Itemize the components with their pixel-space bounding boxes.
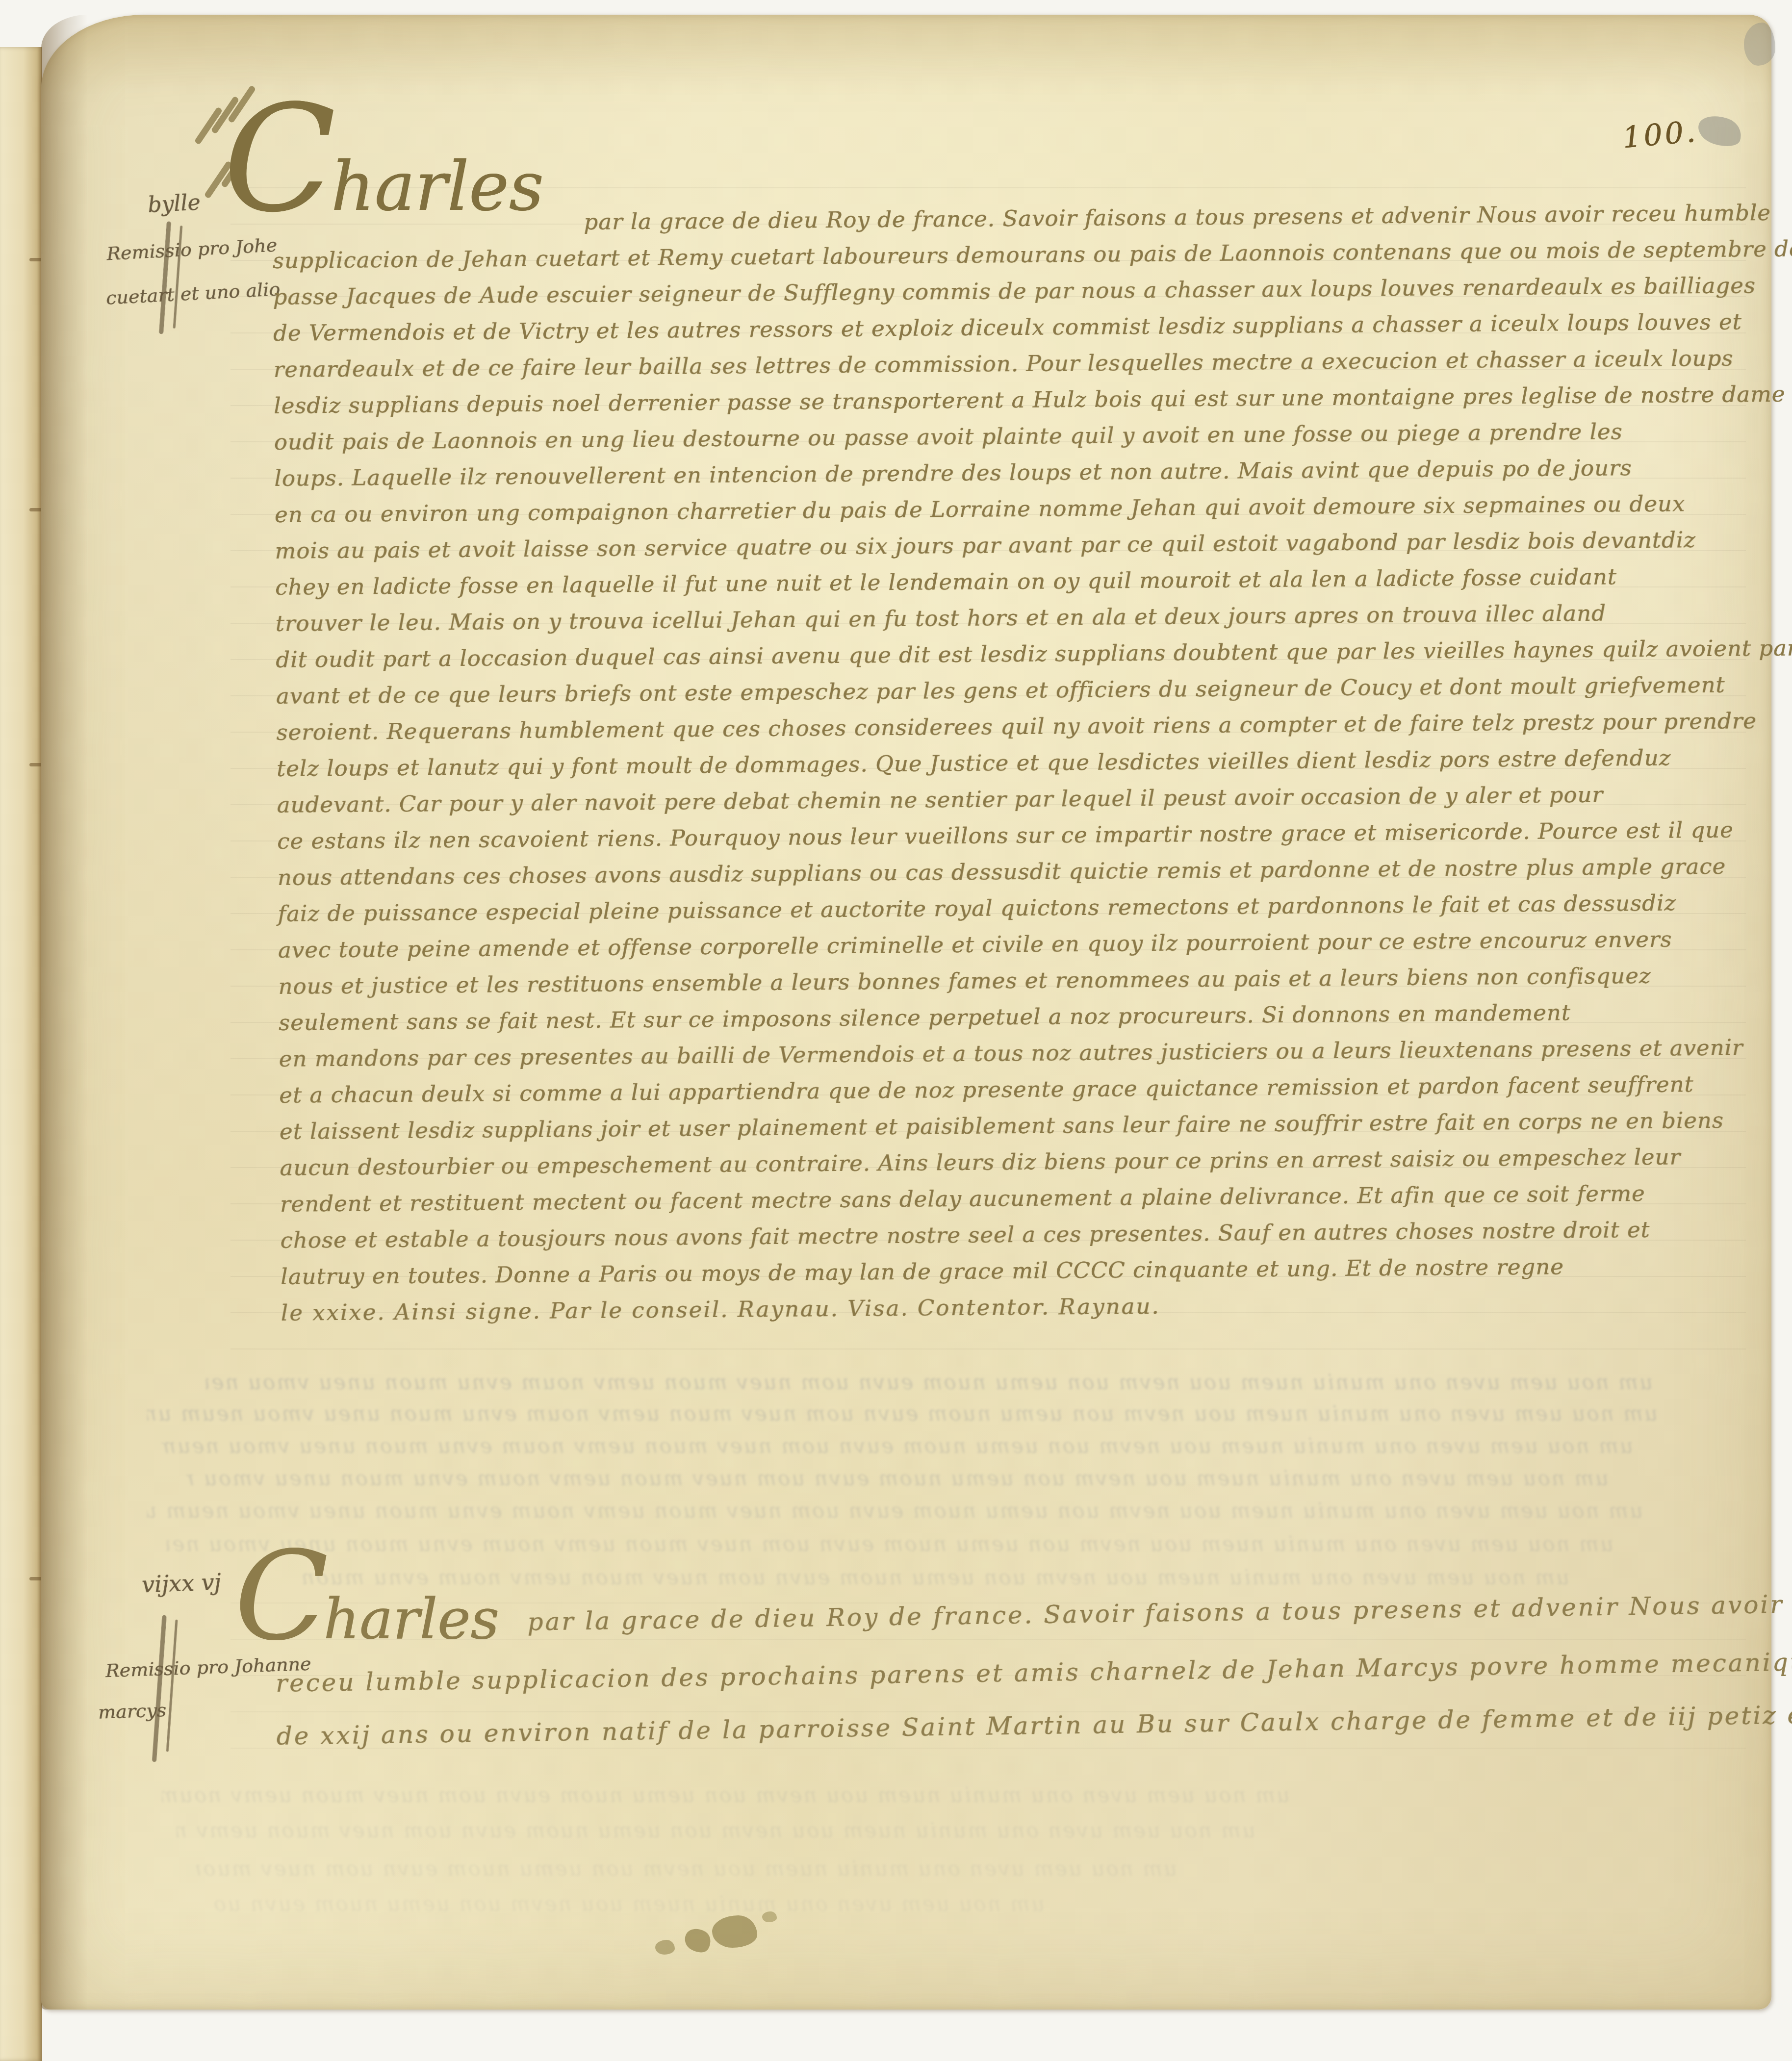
text-line: lautruy en toutes. Donne a Paris ou moys… — [281, 1255, 1564, 1288]
show-through-line: um nou uem uven onu muniu nuem uou nevm … — [196, 1858, 1177, 1879]
show-through-line: um nou uem uven onu muniu nuem uou nevm … — [147, 1403, 1658, 1424]
binding-notch — [29, 1577, 42, 1580]
text-line: faiz de puissance especial pleine puissa… — [278, 892, 1676, 925]
ink-smudge — [1744, 23, 1775, 66]
entry2-text-block: par la grace de dieu Roy de france. Savo… — [272, 1592, 1775, 1780]
text-line: loups. Laquelle ilz renouvellerent en in… — [274, 457, 1632, 489]
show-through-line: um nou uem uven onu muniu nuem uou nevm … — [162, 1436, 1633, 1456]
manuscript-scan: 100. um nou uem uven onu muniu nuem uou … — [0, 0, 1792, 2061]
text-line: supplicacion de Jehan cuetart et Remy cu… — [273, 237, 1792, 272]
show-through-line: um nou uem uven onu muniu nuem uou nevm … — [206, 1372, 1653, 1393]
binding-notch — [29, 763, 42, 766]
text-line: seroient. Requerans humblement que ces c… — [276, 710, 1757, 743]
text-line: le xxixe. Ainsi signe. Par le conseil. R… — [281, 1295, 1160, 1324]
margin-note-line: bylle — [147, 190, 201, 218]
text-line: receu lumble supplicacion des prochains … — [276, 1649, 1792, 1696]
folio-number: 100. — [1621, 114, 1699, 155]
ink-stain — [712, 1915, 757, 1948]
show-through-line: um nou uem uven onu muniu nuem uou nevm … — [211, 1894, 1045, 1914]
text-line: audevant. Car pour y aler navoit pere de… — [277, 784, 1603, 816]
text-line: passe Jacques de Aude escuier seigneur d… — [273, 274, 1756, 308]
text-line: et a chacun deulx si comme a lui apparti… — [279, 1073, 1694, 1106]
text-line: telz loups et lanutz qui y font moult de… — [277, 747, 1671, 780]
text-line: oudit pais de Laonnois en ung lieu desto… — [274, 420, 1622, 453]
text-line: lesdiz supplians depuis noel derrenier p… — [274, 383, 1785, 417]
text-line: avec toute peine amende et offense corpo… — [278, 928, 1672, 961]
text-line: dit oudit part a loccasion duquel cas ai… — [276, 637, 1792, 671]
text-line: en mandons par ces presentes au bailli d… — [279, 1036, 1743, 1069]
text-line: aucun destourbier ou empeschement au con… — [280, 1146, 1681, 1179]
text-line: ce estans ilz nen scavoient riens. Pourq… — [277, 819, 1734, 852]
entry1-initial: Charles — [223, 101, 543, 218]
binding-notch — [29, 258, 42, 261]
text-line: de xxij ans ou environ natif de la parro… — [276, 1702, 1792, 1749]
ink-stain — [655, 1940, 675, 1955]
binding-notch — [29, 508, 42, 511]
text-line: de Vermendois et de Victry et les autres… — [273, 310, 1742, 344]
text-line: chey en ladicte fosse en laquelle il fut… — [275, 565, 1617, 598]
text-line: seulement sans se fait nest. Et sur ce i… — [279, 1001, 1571, 1034]
entry1-text-block: par la grace de dieu Roy de france. Savo… — [272, 202, 1782, 1356]
show-through-line: um nou uem uven onu muniu nuem uou nevm … — [186, 1468, 1609, 1489]
text-line: rendent et restituent mectent ou facent … — [280, 1182, 1645, 1215]
text-line: mois au pais et avoit laisse son service… — [275, 529, 1696, 562]
text-line: avant et de ce que leurs briefs ont este… — [276, 674, 1725, 707]
margin-note-line: vijxx vj — [141, 1569, 222, 1598]
show-through-line: um nou uem uven onu muniu nuem uou nevm … — [162, 1785, 1290, 1806]
show-through-line: um nou uem uven onu muniu nuem uou nevm … — [177, 1820, 1255, 1841]
ink-stain — [762, 1911, 777, 1922]
text-line: trouver le leu. Mais on y trouva icellui… — [275, 602, 1606, 635]
gutter-shadow — [41, 15, 88, 2010]
previous-folio-edge — [0, 47, 42, 2061]
text-line: en ca ou environ ung compaignon charreti… — [275, 492, 1686, 526]
text-line: chose et estable a tousjours nous avons … — [280, 1219, 1650, 1251]
text-line: renardeaulx et de ce faire leur bailla s… — [273, 347, 1733, 381]
text-line: et laissent lesdiz supplians joir et use… — [280, 1109, 1724, 1143]
show-through-line: um nou uem uven onu muniu nuem uou nevm … — [147, 1501, 1643, 1521]
text-line: nous attendans ces choses avons ausdiz s… — [277, 855, 1726, 889]
text-line: nous et justice et les restituons ensemb… — [278, 965, 1651, 997]
